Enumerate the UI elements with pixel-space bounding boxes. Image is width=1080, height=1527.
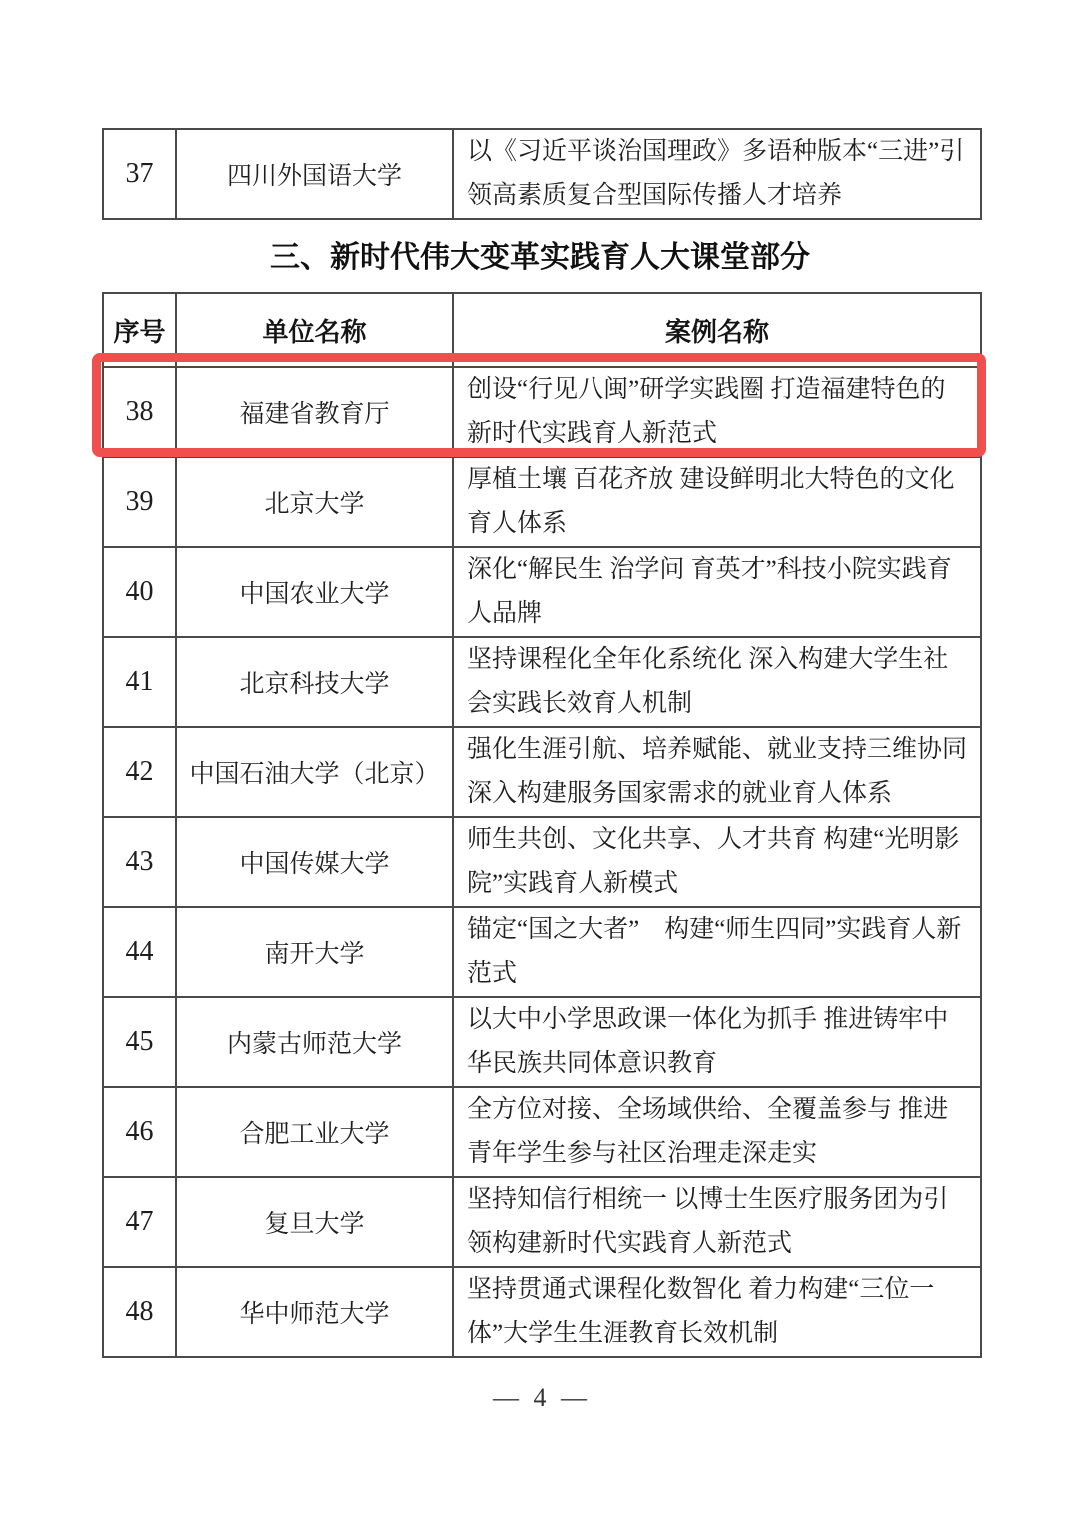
unit-name-cell: 中国传媒大学: [176, 817, 453, 907]
unit-name-cell: 中国石油大学（北京）: [176, 727, 453, 817]
table-row: 48 华中师范大学 坚持贯通式课程化数智化 着力构建“三位一体”大学生生涯教育长…: [103, 1267, 981, 1357]
case-name-cell: 以大中小学思政课一体化为抓手 推进铸牢中华民族共同体意识教育: [453, 997, 981, 1087]
unit-name-cell: 中国农业大学: [176, 547, 453, 637]
unit-name-cell: 内蒙古师范大学: [176, 997, 453, 1087]
case-name-cell: 坚持知信行相统一 以博士生医疗服务团为引领构建新时代实践育人新范式: [453, 1177, 981, 1267]
case-name-cell: 以《习近平谈治国理政》多语种版本“三进”引领高素质复合型国际传播人才培养: [453, 129, 981, 219]
unit-name-cell: 华中师范大学: [176, 1267, 453, 1357]
case-name-cell: 厚植土壤 百花齐放 建设鲜明北大特色的文化育人体系: [453, 457, 981, 547]
case-name-cell: 坚持课程化全年化系统化 深入构建大学生社会实践长效育人机制: [453, 637, 981, 727]
table-row: 39 北京大学 厚植土壤 百花齐放 建设鲜明北大特色的文化育人体系: [103, 457, 981, 547]
table-row: 37 四川外国语大学 以《习近平谈治国理政》多语种版本“三进”引领高素质复合型国…: [103, 129, 981, 219]
case-name-cell: 锚定“国之大者” 构建“师生四同”实践育人新范式: [453, 907, 981, 997]
table-row37: 37 四川外国语大学 以《习近平谈治国理政》多语种版本“三进”引领高素质复合型国…: [102, 128, 982, 220]
case-name-cell: 深化“解民生 治学问 育英才”科技小院实践育人品牌: [453, 547, 981, 637]
cases-table: 序号 单位名称 案例名称 38 福建省教育厅 创设“行见八闽”研学实践圈 打造福…: [102, 292, 982, 1358]
previous-section-table: 37 四川外国语大学 以《习近平谈治国理政》多语种版本“三进”引领高素质复合型国…: [102, 128, 982, 220]
case-name-cell: 强化生涯引航、培养赋能、就业支持三维协同深入构建服务国家需求的就业育人体系: [453, 727, 981, 817]
row-number-cell: 48: [103, 1267, 176, 1357]
row-number-cell: 42: [103, 727, 176, 817]
main-section-table: 序号 单位名称 案例名称 38 福建省教育厅 创设“行见八闽”研学实践圈 打造福…: [102, 292, 982, 1358]
row-number-cell: 43: [103, 817, 176, 907]
unit-name-cell: 四川外国语大学: [176, 129, 453, 219]
unit-name-cell: 福建省教育厅: [176, 367, 453, 457]
row-number-cell: 38: [103, 367, 176, 457]
section-title: 三、新时代伟大变革实践育人大课堂部分: [0, 238, 1080, 278]
row-number-cell: 39: [103, 457, 176, 547]
row-number-cell: 45: [103, 997, 176, 1087]
table-row: 43 中国传媒大学 师生共创、文化共享、人才共育 构建“光明影院”实践育人新模式: [103, 817, 981, 907]
page-number: — 4 —: [0, 1383, 1080, 1413]
unit-name-cell: 北京大学: [176, 457, 453, 547]
row-number-cell: 41: [103, 637, 176, 727]
table-row: 42 中国石油大学（北京） 强化生涯引航、培养赋能、就业支持三维协同深入构建服务…: [103, 727, 981, 817]
header-case-name: 案例名称: [453, 293, 981, 367]
unit-name-cell: 复旦大学: [176, 1177, 453, 1267]
row-number-cell: 46: [103, 1087, 176, 1177]
case-name-cell: 坚持贯通式课程化数智化 着力构建“三位一体”大学生生涯教育长效机制: [453, 1267, 981, 1357]
header-unit-name: 单位名称: [176, 293, 453, 367]
row-number-cell: 37: [103, 129, 176, 219]
row-number-cell: 40: [103, 547, 176, 637]
case-name-cell: 师生共创、文化共享、人才共育 构建“光明影院”实践育人新模式: [453, 817, 981, 907]
unit-name-cell: 北京科技大学: [176, 637, 453, 727]
row-number-cell: 47: [103, 1177, 176, 1267]
table-row: 47 复旦大学 坚持知信行相统一 以博士生医疗服务团为引领构建新时代实践育人新范…: [103, 1177, 981, 1267]
case-name-cell: 创设“行见八闽”研学实践圈 打造福建特色的新时代实践育人新范式: [453, 367, 981, 457]
table-row: 38 福建省教育厅 创设“行见八闽”研学实践圈 打造福建特色的新时代实践育人新范…: [103, 367, 981, 457]
table-row: 45 内蒙古师范大学 以大中小学思政课一体化为抓手 推进铸牢中华民族共同体意识教…: [103, 997, 981, 1087]
table-row: 46 合肥工业大学 全方位对接、全场域供给、全覆盖参与 推进青年学生参与社区治理…: [103, 1087, 981, 1177]
document-page: 37 四川外国语大学 以《习近平谈治国理政》多语种版本“三进”引领高素质复合型国…: [0, 0, 1080, 1527]
table-row: 41 北京科技大学 坚持课程化全年化系统化 深入构建大学生社会实践长效育人机制: [103, 637, 981, 727]
unit-name-cell: 南开大学: [176, 907, 453, 997]
table-row: 44 南开大学 锚定“国之大者” 构建“师生四同”实践育人新范式: [103, 907, 981, 997]
case-name-cell: 全方位对接、全场域供给、全覆盖参与 推进青年学生参与社区治理走深走实: [453, 1087, 981, 1177]
table-row: 40 中国农业大学 深化“解民生 治学问 育英才”科技小院实践育人品牌: [103, 547, 981, 637]
table-header-row: 序号 单位名称 案例名称: [103, 293, 981, 367]
unit-name-cell: 合肥工业大学: [176, 1087, 453, 1177]
header-row-number: 序号: [103, 293, 176, 367]
row-number-cell: 44: [103, 907, 176, 997]
